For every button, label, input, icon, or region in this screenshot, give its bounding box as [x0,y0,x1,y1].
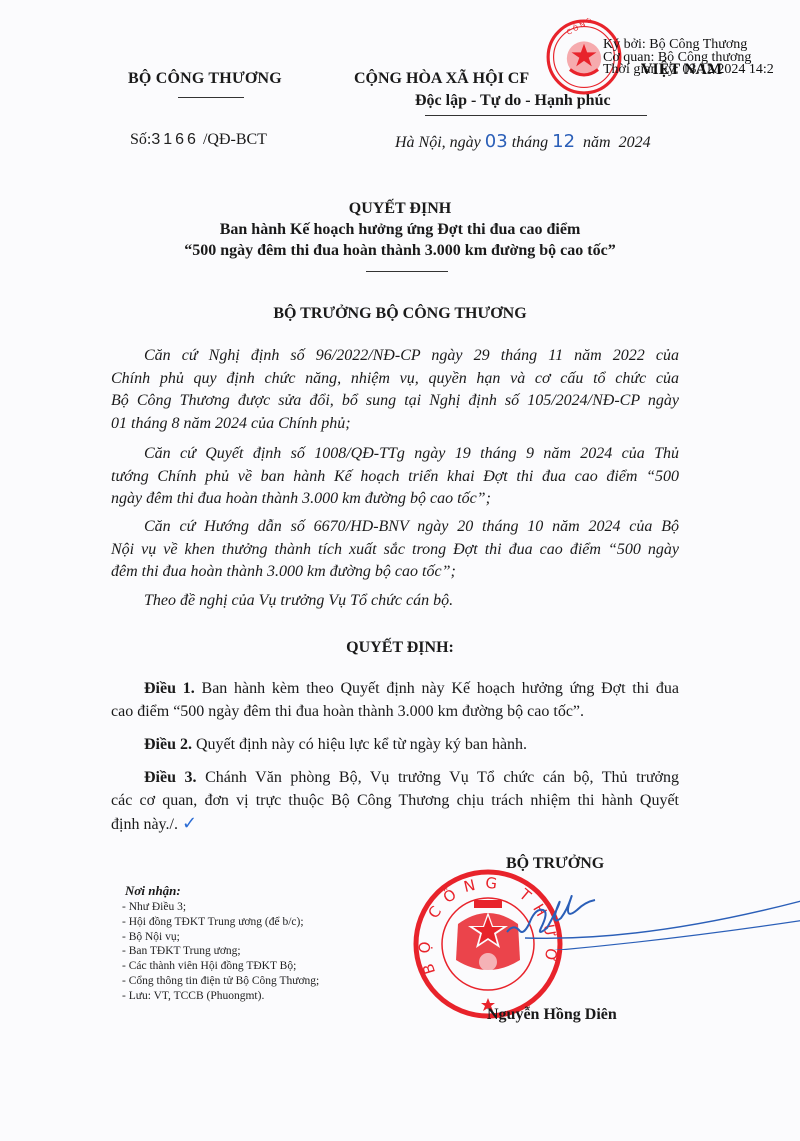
article-2: Điều 2. Quyết định này có hiệu lực kể từ… [111,733,679,756]
recipient-item: - Hội đồng TĐKT Trung ương (để b/c); [122,915,319,930]
article-label: Điều 2. [144,736,192,753]
text-line: Chính phủ quy định chức năng, nhiệm vụ, … [111,368,679,391]
recipient-item: - Cổng thông tin điện tử Bộ Công Thương; [122,974,319,989]
place-date-prefix: Hà Nội, ngày [395,134,481,151]
text-line: Điều 2. Quyết định này có hiệu lực kể từ… [111,733,679,756]
recipient-item: - Như Điều 3; [122,900,319,915]
legal-basis-3: Căn cứ Hướng dẫn số 6670/HD-BNV ngày 20 … [111,516,679,584]
recipient-item: - Lưu: VT, TCCB (Phuongmt). [122,989,319,1004]
text-line: cao điểm “500 ngày đêm thi đua hoàn thàn… [111,700,679,723]
article-text: Chánh Văn phòng Bộ, Vụ trưởng Vụ Tổ chức… [205,769,679,786]
national-title: CỘNG HÒA XÃ HỘI CF [354,70,529,88]
text-line: Bộ Công Thương được sửa đổi, bổ sung tại… [111,390,679,413]
text-line: Căn cứ Quyết định số 1008/QĐ-TTg ngày 19… [111,443,679,466]
text-line: Căn cứ Nghị định số 96/2022/NĐ-CP ngày 2… [111,345,679,368]
document-subtitle-line1: Ban hành Kế hoạch hưởng ứng Đợt thi đua … [0,221,800,239]
text-line: Theo đề nghị của Vụ trưởng Vụ Tổ chức cá… [111,590,679,613]
text-line: Điều 3. Chánh Văn phòng Bộ, Vụ trưởng Vụ… [111,766,679,789]
text-line: định này./.✓ [111,812,679,836]
title-underline [366,271,448,272]
document-number: Số:3166 /QĐ-BCT [130,131,267,149]
recipients-list: - Như Điều 3; - Hội đồng TĐKT Trung ương… [122,900,319,1004]
text-line: 01 tháng 8 năm 2024 của Chính phủ; [111,413,679,436]
place-date: Hà Nội, ngày 03 tháng 12 năm 2024 [395,131,651,152]
text-line: các cơ quan, đơn vị trực thuộc Bộ Công T… [111,789,679,812]
article-label: Điều 3. [144,769,197,786]
signed-time-row: Thời gian ký: 03.12.2024 14:2 VIỆT NAM [603,63,774,76]
text-line: đêm thi đua hoàn thành 3.000 km đường bộ… [111,561,679,584]
recipient-item: - Bộ Nội vụ; [122,930,319,945]
national-title-left: CỘNG HÒA XÃ HỘI CF [354,70,529,87]
text-line: Nội vụ về khen thưởng thành tích xuất sắ… [111,539,679,562]
text-line: Căn cứ Hướng dẫn số 6670/HD-BNV ngày 20 … [111,516,679,539]
motto-underline [425,115,647,116]
national-title-right: VIỆT NAM [641,63,722,76]
article-text: Quyết định này có hiệu lực kể từ ngày ký… [196,736,527,753]
recipients-title: Nơi nhận: [125,883,181,899]
text-line: ngày đêm thi đua hoàn thành 3.000 km đườ… [111,488,679,511]
issuer-title: BỘ TRƯỞNG BỘ CÔNG THƯƠNG [0,305,800,323]
article-text: Ban hành kèm theo Quyết định này Kế hoạc… [202,680,680,697]
signer-title: BỘ TRƯỞNG [506,855,604,873]
issuing-agency: BỘ CÔNG THƯƠNG [128,70,282,88]
document-title: QUYẾT ĐỊNH [0,200,800,218]
handwritten-month: 12 [552,131,575,152]
doc-number-suffix: /QĐ-BCT [203,131,267,148]
doc-number-value: 3166 [151,131,199,148]
month-label: tháng [512,134,548,151]
proposal-basis: Theo đề nghị của Vụ trưởng Vụ Tổ chức cá… [111,590,679,613]
doc-number-prefix: Số: [130,131,151,148]
decision-heading: QUYẾT ĐỊNH: [0,639,800,657]
recipient-item: - Các thành viên Hội đồng TĐKT Bộ; [122,959,319,974]
check-mark-icon: ✓ [182,813,197,834]
article-1: Điều 1. Ban hành kèm theo Quyết định này… [111,677,679,723]
digital-signature-info: Ký bởi: Bộ Công Thương Cơ quan: Bộ Công … [603,38,774,76]
legal-basis-1: Căn cứ Nghị định số 96/2022/NĐ-CP ngày 2… [111,345,679,435]
article-text: định này./. [111,816,178,833]
article-3: Điều 3. Chánh Văn phòng Bộ, Vụ trưởng Vụ… [111,766,679,836]
recipient-item: - Ban TĐKT Trung ương; [122,944,319,959]
document-subtitle-line2: “500 ngày đêm thi đua hoàn thành 3.000 k… [0,242,800,260]
signer-name: Nguyễn Hồng Diên [487,1006,617,1024]
legal-basis-2: Căn cứ Quyết định số 1008/QĐ-TTg ngày 19… [111,443,679,511]
text-line: Điều 1. Ban hành kèm theo Quyết định này… [111,677,679,700]
signed-by: Ký bởi: Bộ Công Thương [603,38,774,51]
handwritten-day: 03 [485,131,508,152]
year: 2024 [619,134,651,151]
handwritten-signature-icon [505,890,800,950]
year-label: năm [583,134,611,151]
text-line: tướng Chính phủ về ban hành Kế hoạch tri… [111,466,679,489]
article-label: Điều 1. [144,680,195,697]
agency-underline [178,97,244,98]
